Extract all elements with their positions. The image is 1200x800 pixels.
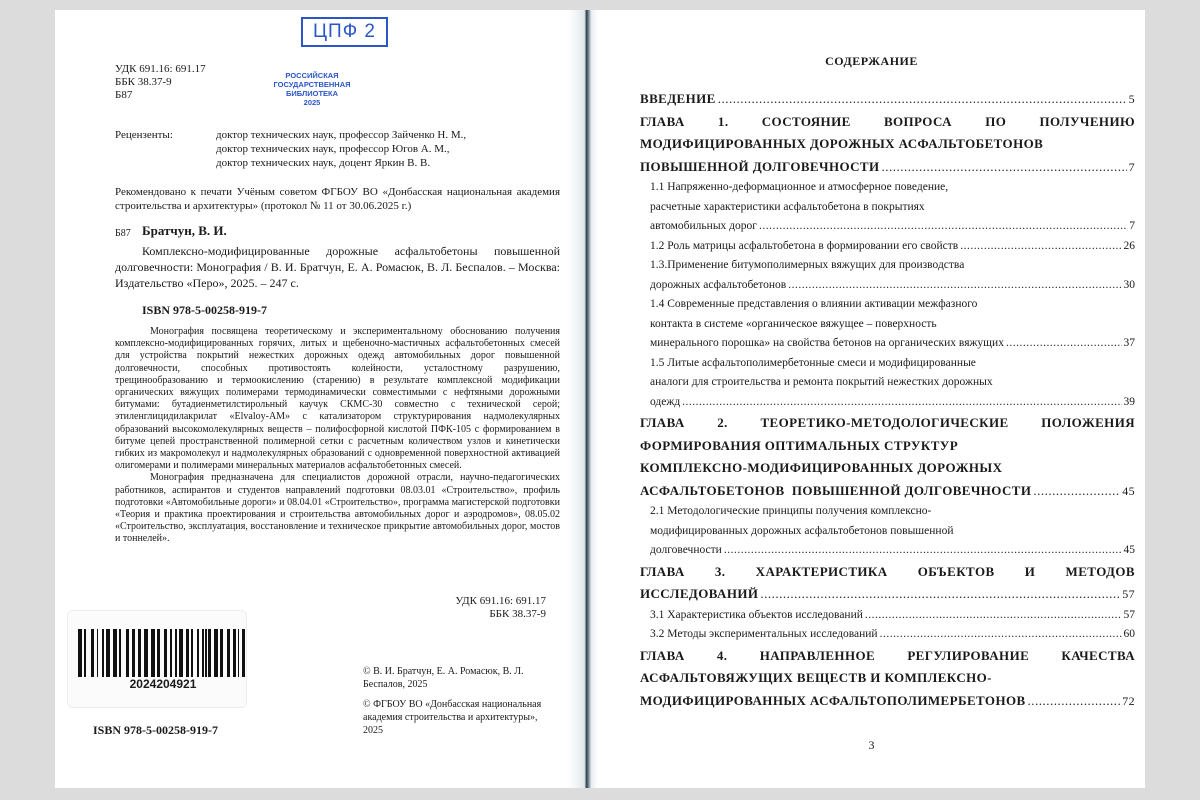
toc-entry-line: модифицированных дорожных асфальтобетоно… [650,522,1135,542]
toc-dot-leader [682,393,1121,413]
isbn-bottom: ISBN 978-5-00258-919-7 [93,723,218,738]
imprint-page: ЦПФ 2 РОССИЙСКАЯ ГОСУДАРСТВЕННАЯ БИБЛИОТ… [55,10,568,788]
toc-section: 3.1 Характеристика объектов исследований… [640,606,1135,626]
toc-page-number: 57 [1122,583,1135,606]
toc-entry-text: АСФАЛЬТОБЕТОНОВ ПОВЫШЕННОЙ ДОЛГОВЕЧНОСТИ [640,480,1031,503]
toc-chapter: ГЛАВА 2. ТЕОРЕТИКО-МЕТОДОЛОГИЧЕСКИЕ ПОЛО… [640,412,1135,502]
toc-section: 1.1 Напряженно-деформационное и атмосфер… [640,178,1135,237]
toc-dot-leader [1033,480,1120,503]
toc-entry-last-line: 1.2 Роль матрицы асфальтобетона в формир… [650,237,1135,257]
toc-entry-line: 2.1 Методологические принципы получения … [650,502,1135,522]
toc-page-number: 30 [1124,276,1136,296]
toc-entry-last-line: дорожных асфальтобетонов30 [650,276,1135,296]
abstract-paragraph: Монография посвящена теоретическому и эк… [115,326,560,472]
toc-dot-leader [1006,334,1122,354]
toc-page-number: 45 [1122,480,1135,503]
bbk-code: ББК 38.37-9 [115,76,206,89]
record-description: Комплексно-модифицированные дорожные асф… [115,243,560,291]
toc-entry-line: МОДИФИЦИРОВАННЫХ ДОРОЖНЫХ АСФАЛЬТОБЕТОНО… [640,133,1135,156]
barcode-icon [78,629,248,677]
toc-entry-last-line: 3.1 Характеристика объектов исследований… [650,606,1135,626]
toc-dot-leader [718,88,1127,111]
toc-page-number: 5 [1129,88,1135,111]
toc-dot-leader [760,583,1120,606]
toc-page-number: 37 [1124,334,1136,354]
toc-dot-leader [724,541,1122,561]
toc-entry-last-line: 3.2 Методы экспериментальных исследовани… [650,625,1135,645]
contents-page: СОДЕРЖАНИЕ ВВЕДЕНИЕ5ГЛАВА 1. СОСТОЯНИЕ В… [598,10,1145,788]
reviewer: доктор технических наук, профессор Югов … [216,142,466,156]
toc-entry-last-line: АСФАЛЬТОБЕТОНОВ ПОВЫШЕННОЙ ДОЛГОВЕЧНОСТИ… [640,480,1135,503]
toc-chapter: ГЛАВА 4. НАПРАВЛЕННОЕ РЕГУЛИРОВАНИЕ КАЧЕ… [640,645,1135,713]
toc-entry-line: ГЛАВА 2. ТЕОРЕТИКО-МЕТОДОЛОГИЧЕСКИЕ ПОЛО… [640,412,1135,435]
abstract: Монография посвящена теоретическому и эк… [115,326,560,546]
book-gutter [568,10,598,788]
toc-dot-leader [882,156,1127,179]
toc-entry-text: автомобильных дорог [650,217,757,237]
toc-dot-leader [865,606,1122,626]
reviewer: доктор технических наук, доцент Яркин В.… [216,156,466,170]
toc-entry-text: ИССЛЕДОВАНИЙ [640,583,758,606]
toc-chapter: ВВЕДЕНИЕ5 [640,88,1135,111]
toc-page-number: 45 [1124,541,1136,561]
toc-section: 2.1 Методологические принципы получения … [640,502,1135,561]
toc-entry-last-line: минерального порошка» на свойства бетоно… [650,334,1135,354]
toc-entry-line: ГЛАВА 1. СОСТОЯНИЕ ВОПРОСА ПО ПОЛУЧЕНИЮ [640,111,1135,134]
toc-section: 1.5 Литые асфальтополимербетонные смеси … [640,354,1135,413]
copyright-block: © В. И. Братчун, Е. А. Ромасюк, В. Л. Бе… [363,665,553,744]
toc-entry-line: ФОРМИРОВАНИЯ ОПТИМАЛЬНЫХ СТРУКТУР [640,435,1135,458]
library-stamp: РОССИЙСКАЯ ГОСУДАРСТВЕННАЯ БИБЛИОТЕКА 20… [267,71,357,107]
copyright-authors: © В. И. Братчун, Е. А. Ромасюк, В. Л. Бе… [363,665,553,691]
toc-entry-line: расчетные характеристики асфальтобетона … [650,198,1135,218]
toc-section: 1.3.Применение битумополимерных вяжущих … [640,256,1135,295]
toc-entry-text: дорожных асфальтобетонов [650,276,786,296]
reviewer: доктор технических наук, профессор Зайче… [216,128,466,142]
contents-title: СОДЕРЖАНИЕ [598,54,1145,69]
publication-recommendation: Рекомендовано к печати Учёным советом ФГ… [115,185,560,213]
toc-entry-last-line: автомобильных дорог7 [650,217,1135,237]
toc-section: 3.2 Методы экспериментальных исследовани… [640,625,1135,645]
table-of-contents: ВВЕДЕНИЕ5ГЛАВА 1. СОСТОЯНИЕ ВОПРОСА ПО П… [640,88,1135,712]
toc-entry-text: минерального порошка» на свойства бетоно… [650,334,1004,354]
reviewers-list: доктор технических наук, профессор Зайче… [216,128,466,170]
toc-entry-text: одежд [650,393,680,413]
toc-entry-text: ВВЕДЕНИЕ [640,88,716,111]
toc-entry-line: 1.1 Напряженно-деформационное и атмосфер… [650,178,1135,198]
barcode-sticker: 2024204921 [67,610,247,708]
toc-page-number: 26 [1124,237,1136,257]
toc-entry-line: КОМПЛЕКСНО-МОДИФИЦИРОВАННЫХ ДОРОЖНЫХ [640,457,1135,480]
toc-dot-leader [960,237,1121,257]
toc-entry-last-line: ВВЕДЕНИЕ5 [640,88,1135,111]
toc-entry-line: АСФАЛЬТОВЯЖУЩИХ ВЕЩЕСТВ И КОМПЛЕКСНО- [640,667,1135,690]
toc-entry-text: долговечности [650,541,722,561]
toc-section: 1.4 Современные представления о влиянии … [640,295,1135,354]
isbn: ISBN 978-5-00258-919-7 [142,303,267,318]
udk-code: УДК 691.16: 691.17 [115,63,206,76]
toc-entry-last-line: ИССЛЕДОВАНИЙ57 [640,583,1135,606]
toc-entry-line: аналоги для строительства и ремонта покр… [650,373,1135,393]
toc-page-number: 60 [1124,625,1136,645]
toc-page-number: 7 [1129,217,1135,237]
toc-entry-last-line: долговечности45 [650,541,1135,561]
toc-entry-line: 1.5 Литые асфальтополимербетонные смеси … [650,354,1135,374]
toc-entry-last-line: ПОВЫШЕННОЙ ДОЛГОВЕЧНОСТИ7 [640,156,1135,179]
cpf-stamp: ЦПФ 2 [301,17,388,47]
copyright-institution: © ФГБОУ ВО «Донбасская национальная акад… [363,698,553,737]
toc-page-number: 72 [1122,690,1135,713]
toc-entry-text: ПОВЫШЕННОЙ ДОЛГОВЕЧНОСТИ [640,156,880,179]
toc-dot-leader [1028,690,1121,713]
toc-entry-line: ГЛАВА 4. НАПРАВЛЕННОЕ РЕГУЛИРОВАНИЕ КАЧЕ… [640,645,1135,668]
toc-section: 1.2 Роль матрицы асфальтобетона в формир… [640,237,1135,257]
book-spread: ЦПФ 2 РОССИЙСКАЯ ГОСУДАРСТВЕННАЯ БИБЛИОТ… [55,10,1145,788]
author-code: Б87 [115,89,206,102]
record-author: Братчун, В. И. [142,224,227,238]
barcode-number: 2024204921 [68,677,258,691]
toc-chapter: ГЛАВА 3. ХАРАКТЕРИСТИКА ОБЪЕКТОВ И МЕТОД… [640,561,1135,606]
toc-chapter: ГЛАВА 1. СОСТОЯНИЕ ВОПРОСА ПО ПОЛУЧЕНИЮМ… [640,111,1135,179]
toc-entry-text: 3.2 Методы экспериментальных исследовани… [650,625,878,645]
bbk-code: ББК 38.37-9 [455,608,546,621]
toc-entry-last-line: одежд39 [650,393,1135,413]
udk-code: УДК 691.16: 691.17 [455,595,546,608]
toc-entry-text: МОДИФИЦИРОВАННЫХ АСФАЛЬТОПОЛИМЕРБЕТОНОВ [640,690,1026,713]
toc-entry-line: контакта в системе «органическое вяжущее… [650,315,1135,335]
toc-entry-text: 1.2 Роль матрицы асфальтобетона в формир… [650,237,958,257]
classification-codes-bottom: УДК 691.16: 691.17 ББК 38.37-9 [455,595,546,621]
toc-page-number: 7 [1129,156,1135,179]
abstract-paragraph: Монография предназначена для специалисто… [115,472,560,545]
record-code: Б87 [115,227,131,241]
toc-dot-leader [788,276,1121,296]
toc-dot-leader [759,217,1127,237]
classification-codes: УДК 691.16: 691.17 ББК 38.37-9 Б87 [115,63,206,102]
reviewers-label: Рецензенты: [115,128,173,142]
toc-entry-line: 1.4 Современные представления о влиянии … [650,295,1135,315]
toc-dot-leader [880,625,1122,645]
toc-page-number: 39 [1124,393,1136,413]
page-number: 3 [598,738,1145,753]
toc-page-number: 57 [1124,606,1136,626]
toc-entry-last-line: МОДИФИЦИРОВАННЫХ АСФАЛЬТОПОЛИМЕРБЕТОНОВ7… [640,690,1135,713]
toc-entry-text: 3.1 Характеристика объектов исследований [650,606,863,626]
toc-entry-line: ГЛАВА 3. ХАРАКТЕРИСТИКА ОБЪЕКТОВ И МЕТОД… [640,561,1135,584]
toc-entry-line: 1.3.Применение битумополимерных вяжущих … [650,256,1135,276]
